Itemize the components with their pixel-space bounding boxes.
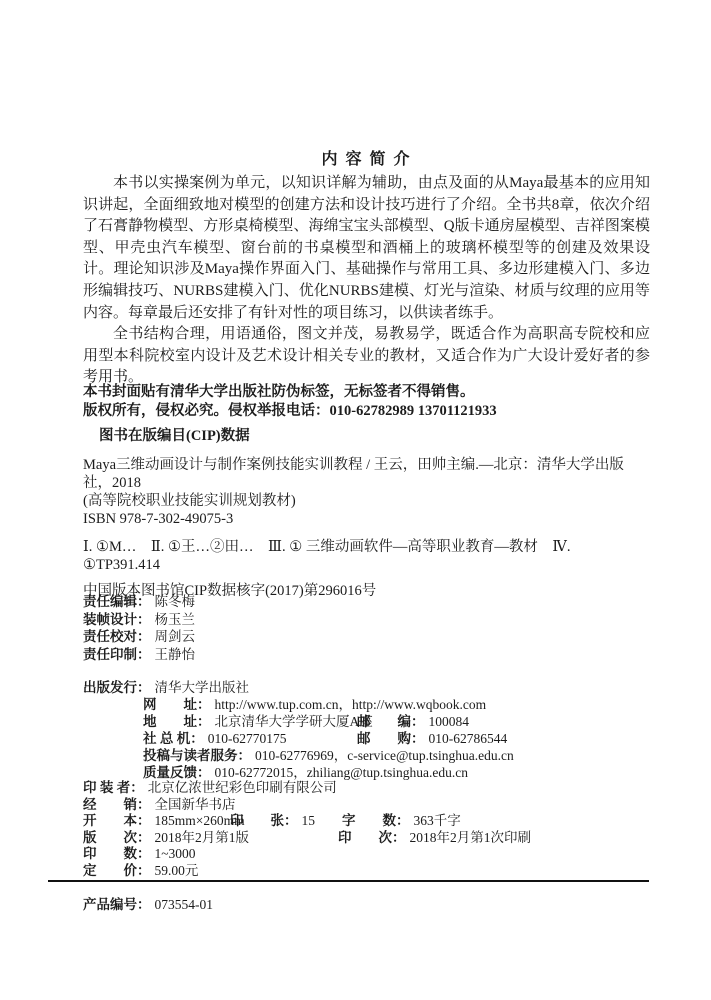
staff-row-proofreader: 责任校对：周剑云 bbox=[83, 625, 650, 643]
product-number: 产品编号：073554-01 bbox=[83, 893, 213, 913]
publisher-row-address: 地 址：北京清华大学学研大厦A座 邮 编：100084 bbox=[83, 710, 650, 727]
intro-block: 本书以实操案例为单元，以知识详解为辅助，由点及面的从Maya最基本的应用知识讲起… bbox=[83, 173, 650, 389]
publisher-row-switchboard: 社 总 机：010-62770175 邮 购：010-62786544 bbox=[83, 727, 650, 744]
intro-paragraph-2: 全书结构合理，用语通俗，图文并茂，易教易学，既适合作为高职高专院校和应用型本科院… bbox=[83, 324, 650, 389]
printing-row-binder: 印 装 者：北京亿浓世纪彩色印刷有限公司 bbox=[83, 776, 650, 793]
staff-print-supervisor-value: 王静怡 bbox=[155, 647, 196, 662]
staff-print-supervisor-label: 责任印制： bbox=[83, 647, 151, 662]
printing-row-print-run: 印 数：1~3000 bbox=[83, 842, 650, 859]
price-label: 定 价： bbox=[83, 863, 151, 878]
staff-row-print-supervisor: 责任印制：王静怡 bbox=[83, 643, 650, 661]
product-number-label: 产品编号： bbox=[83, 897, 151, 912]
product-number-value: 073554-01 bbox=[155, 897, 214, 912]
anti-piracy-notice: 本书封面贴有清华大学出版社防伪标签，无标签者不得销售。 版权所有，侵权必究。侵权… bbox=[83, 383, 650, 421]
cip-description: Maya三维动画设计与制作案例技能实训教程 / 王云，田帅主编.—北京：清华大学… bbox=[83, 456, 650, 492]
staff-row-editor: 责任编辑：陈冬梅 bbox=[83, 590, 650, 608]
section-title: 内 容 简 介 bbox=[83, 146, 650, 169]
publisher-block: 出版发行：清华大学出版社 网 址：http://www.tup.com.cn，h… bbox=[83, 676, 650, 778]
cip-header: 图书在版编目(CIP)数据 bbox=[83, 427, 650, 445]
divider-rule bbox=[48, 880, 649, 882]
price-value: 59.00元 bbox=[155, 863, 199, 878]
publisher-row-reader-service: 投稿与读者服务：010-62776969，c-service@tup.tsing… bbox=[83, 744, 650, 761]
staff-proofreader-label: 责任校对： bbox=[83, 629, 151, 644]
printing-row-price: 定 价：59.00元 bbox=[83, 859, 650, 876]
notice-line-2: 版权所有，侵权必究。侵权举报电话：010-62782989 1370112193… bbox=[83, 402, 650, 421]
printing-row-format: 开 本：185mm×260mm 印 张：15 字 数：363千字 bbox=[83, 809, 650, 826]
printing-row-distributor: 经 销：全国新华书店 bbox=[83, 793, 650, 810]
copyright-page: 内 容 简 介 本书以实操案例为单元，以知识详解为辅助，由点及面的从Maya最基… bbox=[0, 0, 711, 1000]
publisher-row-website: 网 址：http://www.tup.com.cn，http://www.wqb… bbox=[83, 693, 650, 710]
printing-block: 印 装 者：北京亿浓世纪彩色印刷有限公司 经 销：全国新华书店 开 本：185m… bbox=[83, 776, 650, 875]
cip-series: (高等院校职业技能实训规划教材) bbox=[83, 492, 650, 510]
notice-line-1: 本书封面贴有清华大学出版社防伪标签，无标签者不得销售。 bbox=[83, 383, 650, 402]
cip-isbn: ISBN 978-7-302-49075-3 bbox=[83, 510, 650, 528]
staff-editor-label: 责任编辑： bbox=[83, 594, 151, 609]
cip-block: 图书在版编目(CIP)数据 Maya三维动画设计与制作案例技能实训教程 / 王云… bbox=[83, 427, 650, 600]
intro-paragraph-1: 本书以实操案例为单元，以知识详解为辅助，由点及面的从Maya最基本的应用知识讲起… bbox=[83, 173, 650, 324]
staff-proofreader-value: 周剑云 bbox=[155, 629, 196, 644]
publisher-row-distribution: 出版发行：清华大学出版社 bbox=[83, 676, 650, 693]
cip-classification: Ⅰ. ①M… Ⅱ. ①王…②田… Ⅲ. ① 三维动画软件—高等职业教育—教材 Ⅳ… bbox=[83, 538, 650, 574]
printing-row-edition: 版 次：2018年2月第1版 印 次：2018年2月第1次印刷 bbox=[83, 826, 650, 843]
staff-row-designer: 装帧设计：杨玉兰 bbox=[83, 608, 650, 626]
staff-block: 责任编辑：陈冬梅 装帧设计：杨玉兰 责任校对：周剑云 责任印制：王静怡 bbox=[83, 590, 650, 660]
staff-editor-value: 陈冬梅 bbox=[155, 594, 196, 609]
